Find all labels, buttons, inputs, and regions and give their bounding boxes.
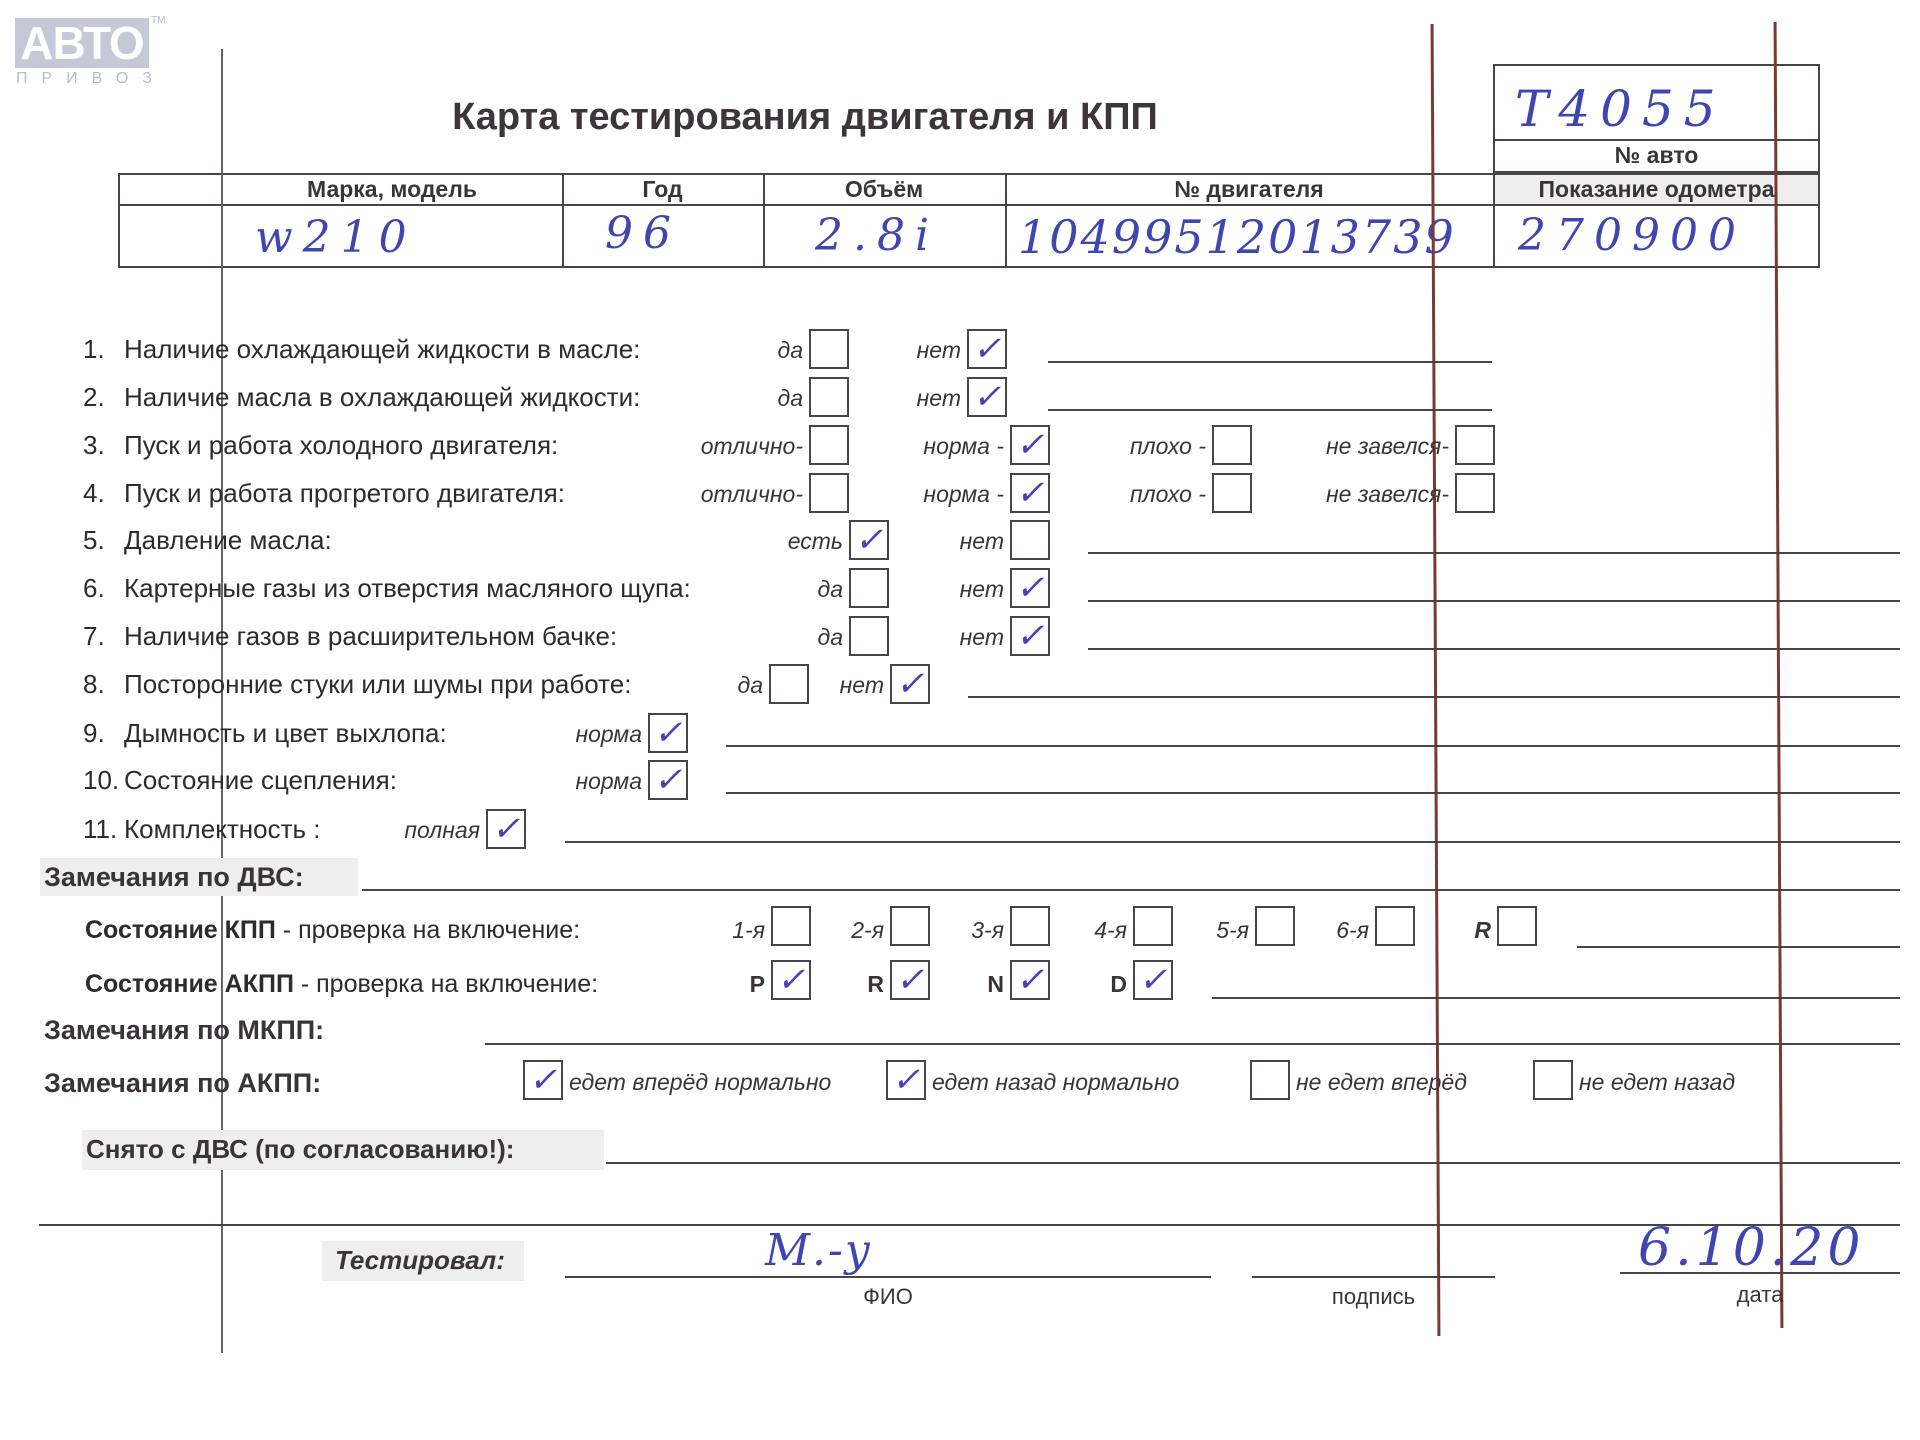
manual-remarks-field[interactable] (485, 1043, 1900, 1045)
gear-checkbox[interactable] (890, 906, 930, 946)
item-label: Картерные газы из отверстия масляного щу… (124, 573, 691, 604)
auto-remark-checkbox[interactable]: ✓ (886, 1060, 926, 1100)
item-number: 6. (83, 573, 105, 604)
gear-label: 5-я (1174, 917, 1249, 944)
item-number: 4. (83, 478, 105, 509)
item-label: Пуск и работа прогретого двигателя: (124, 478, 565, 509)
name-caption: ФИО (565, 1284, 1211, 1310)
column-header-volume: Объём (763, 176, 1005, 203)
option-label: да (675, 337, 803, 364)
column-header-year: Год (562, 176, 763, 203)
divider (1493, 139, 1820, 141)
option-label: нет (868, 576, 1004, 603)
option-label: нет (868, 528, 1004, 555)
option-label: нет (748, 672, 884, 699)
gear-label: 3-я (933, 917, 1004, 944)
gear-checkbox[interactable] (771, 906, 811, 946)
item-label: Давление масла: (124, 525, 332, 556)
auto-remark-checkbox[interactable] (1533, 1060, 1573, 1100)
check-mark-icon: ✓ (896, 960, 925, 1000)
checkbox-checked[interactable]: ✓ (1010, 568, 1050, 608)
remarks-field[interactable] (1088, 552, 1900, 554)
option-label: отлично- (603, 433, 803, 460)
check-mark-icon: ✓ (1016, 960, 1045, 1000)
gear-label: P (720, 971, 765, 998)
option-label: не завелся- (1225, 481, 1449, 508)
option-label: да (675, 385, 803, 412)
checkbox-unchecked[interactable] (1455, 473, 1495, 513)
gear-label: 2-я (810, 917, 884, 944)
logo-avto: АВТО (15, 18, 149, 68)
check-mark-icon: ✓ (1139, 960, 1168, 1000)
name-field-line (565, 1276, 1211, 1278)
auto-remark-label: едет вперёд нормально (569, 1069, 831, 1096)
gear-label: D (1083, 971, 1127, 998)
page-title: Карта тестирования двигателя и КПП (300, 96, 1310, 139)
item-label: Наличие газов в расширительном бачке: (124, 621, 617, 652)
check-mark-icon: ✓ (1016, 616, 1045, 656)
item-number: 11. (83, 814, 117, 845)
engine-number-value[interactable]: 10499512013739 (1018, 210, 1456, 264)
item-number: 9. (83, 718, 105, 749)
gear-checkbox[interactable] (1497, 906, 1537, 946)
item-number: 8. (83, 669, 105, 700)
gear-label: R (842, 971, 884, 998)
option-label: нет (825, 337, 961, 364)
year-value[interactable]: 96 (605, 208, 681, 259)
manual-gearbox-label: Состояние КПП - проверка на включение: (85, 916, 580, 945)
gear-checkbox[interactable] (1010, 906, 1050, 946)
gear-label: 1-я (690, 917, 765, 944)
item-number: 10. (83, 765, 119, 796)
engine-remarks-label: Замечания по ДВС: (44, 862, 304, 893)
removed-field[interactable] (606, 1162, 1900, 1164)
item-number: 3. (83, 430, 105, 461)
option-label: норма (480, 721, 642, 748)
option-label: да (728, 576, 843, 603)
check-mark-icon: ✓ (973, 377, 1002, 417)
checkbox-checked[interactable]: ✓ (486, 809, 526, 849)
check-mark-icon: ✓ (896, 664, 925, 704)
remarks-field[interactable] (1088, 648, 1900, 650)
manual-remarks-label: Замечания по МКПП: (44, 1015, 324, 1046)
manual-gearbox-label-bold: Состояние КПП (85, 916, 276, 944)
remarks-field[interactable] (1048, 409, 1492, 411)
removed-label-text: Снято с ДВС (по согласованию!): (86, 1134, 514, 1164)
gear-label: R (1435, 917, 1491, 944)
gear-label: N (963, 971, 1004, 998)
item-label: Дымность и цвет выхлопа: (124, 718, 447, 749)
make-model-value[interactable]: w210 (255, 212, 417, 263)
auto-gearbox-label: Состояние АКПП - проверка на включение: (85, 970, 598, 999)
checkbox-checked[interactable]: ✓ (648, 760, 688, 800)
item-number: 1. (83, 334, 105, 365)
remarks-field[interactable] (1088, 600, 1900, 602)
auto-remark-checkbox[interactable]: ✓ (523, 1060, 563, 1100)
removed-label: Снято с ДВС (по согласованию!): (86, 1134, 514, 1165)
item-number: 5. (83, 525, 105, 556)
name-value[interactable]: М.-у (765, 1225, 872, 1276)
item-label: Посторонние стуки или шумы при работе: (124, 669, 631, 700)
checkbox-checked[interactable]: ✓ (890, 664, 930, 704)
auto-gearbox-label-bold: Состояние АКПП (85, 970, 294, 998)
item-number: 2. (83, 382, 105, 413)
logo-trademark: TM (151, 15, 165, 26)
gear-checkbox[interactable] (1255, 906, 1295, 946)
logo-subtitle: ПРИВОЗ (16, 70, 166, 88)
option-label: полная (308, 817, 480, 844)
check-mark-icon: ✓ (492, 809, 521, 849)
gear-label: 4-я (1053, 917, 1127, 944)
item-label: Пуск и работа холодного двигателя: (124, 430, 558, 461)
auto-gearbox-field[interactable] (1212, 997, 1900, 999)
gear-checkbox[interactable]: ✓ (1010, 960, 1050, 1000)
item-label: Наличие масла в охлаждающей жидкости: (124, 382, 640, 413)
car-number-value[interactable]: T4055 (1515, 80, 1726, 138)
auto-remark-label: не едет назад (1579, 1069, 1735, 1096)
check-mark-icon: ✓ (654, 760, 683, 800)
option-label: норма - (825, 433, 1004, 460)
auto-remark-checkbox[interactable] (1250, 1060, 1290, 1100)
check-mark-icon: ✓ (1016, 568, 1045, 608)
remarks-field[interactable] (726, 792, 1900, 794)
option-label: есть (695, 528, 843, 555)
check-mark-icon: ✓ (973, 329, 1002, 369)
odometer-value[interactable]: 270900 (1518, 210, 1746, 261)
column-header-make-model: Марка, модель (222, 176, 562, 203)
auto-gearbox-label-rest: - проверка на включение: (294, 970, 598, 998)
volume-value[interactable]: 2.8i (815, 210, 939, 261)
checkbox-checked[interactable]: ✓ (967, 329, 1007, 369)
item-label: Состояние сцепления: (124, 765, 397, 796)
option-label: отлично- (603, 481, 803, 508)
check-mark-icon: ✓ (529, 1060, 558, 1100)
gear-checkbox[interactable]: ✓ (890, 960, 930, 1000)
gear-checkbox[interactable] (1375, 906, 1415, 946)
option-label: да (728, 624, 843, 651)
check-mark-icon: ✓ (654, 713, 683, 753)
remarks-field[interactable] (1048, 361, 1492, 363)
checkbox-checked[interactable]: ✓ (967, 377, 1007, 417)
column-header-odometer: Показание одометра (1493, 176, 1820, 203)
checkbox-unchecked[interactable] (1455, 425, 1495, 465)
option-label: плохо - (1035, 433, 1206, 460)
gear-checkbox[interactable] (1133, 906, 1173, 946)
footer-divider (39, 1224, 1900, 1226)
option-label: не завелся- (1225, 433, 1449, 460)
car-number-label: № авто (1493, 142, 1820, 169)
option-label: плохо - (1035, 481, 1206, 508)
engine-remarks-field[interactable] (362, 889, 1900, 891)
divider (118, 204, 1820, 206)
gear-checkbox[interactable]: ✓ (771, 960, 811, 1000)
gear-checkbox[interactable]: ✓ (1133, 960, 1173, 1000)
column-header-engine-number: № двигателя (1005, 176, 1493, 203)
option-label: нет (868, 624, 1004, 651)
check-mark-icon: ✓ (892, 1060, 921, 1100)
auto-remark-label: не едет вперёд (1296, 1069, 1467, 1096)
remarks-field[interactable] (968, 696, 1900, 698)
tested-by-label: Тестировал: (335, 1245, 505, 1276)
item-label: Комплектность : (124, 814, 321, 845)
manual-gearbox-label-rest: - проверка на включение: (276, 916, 580, 944)
option-label: норма - (825, 481, 1004, 508)
gear-label: 6-я (1295, 917, 1369, 944)
date-value[interactable]: 6.10.20 (1638, 1218, 1864, 1278)
checkbox-unchecked[interactable] (1010, 520, 1050, 560)
item-number: 7. (83, 621, 105, 652)
option-label: нет (825, 385, 961, 412)
option-label: да (650, 672, 763, 699)
manual-gearbox-field[interactable] (1577, 946, 1900, 948)
remarks-field[interactable] (726, 745, 1900, 747)
option-label: норма (480, 768, 642, 795)
auto-remarks-label: Замечания по АКПП: (44, 1068, 321, 1099)
item-label: Наличие охлаждающей жидкости в масле: (124, 334, 640, 365)
auto-remark-label: едет назад нормально (932, 1069, 1179, 1096)
checkbox-checked[interactable]: ✓ (1010, 616, 1050, 656)
checkbox-checked[interactable]: ✓ (648, 713, 688, 753)
date-caption: дата (1620, 1282, 1900, 1308)
remarks-field[interactable] (565, 841, 1900, 843)
signature-field[interactable] (1252, 1276, 1495, 1278)
check-mark-icon: ✓ (777, 960, 806, 1000)
signature-caption: подпись (1252, 1284, 1495, 1310)
